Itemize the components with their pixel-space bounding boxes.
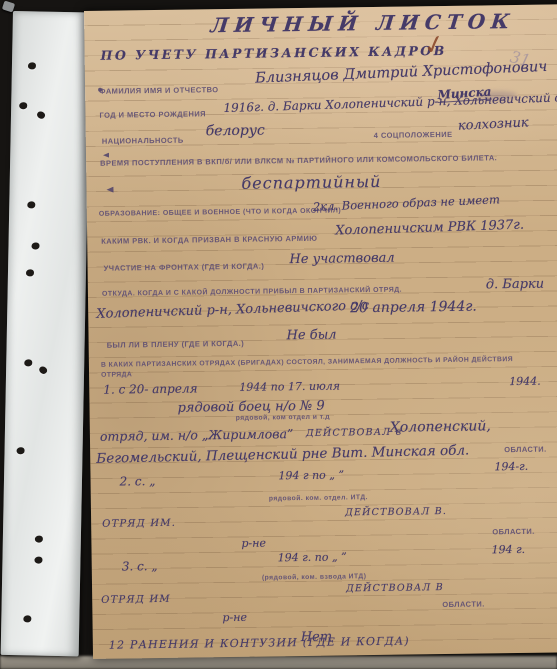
- party-value: беспартийный: [241, 172, 381, 193]
- birth-label: ГОД И МЕСТО РОЖДЕНИЯ: [99, 109, 206, 119]
- origin-value-line2: Холопеничский р-н, Хольневичского с/с: [96, 298, 369, 322]
- entry1-period-from: 1. с 20- апреля: [103, 381, 197, 396]
- birth-value: 1916г. д. Барки Холопеничский р-н, Хольн…: [223, 90, 557, 115]
- punch-hole: [24, 359, 32, 366]
- entry2-rne: р-не: [241, 537, 266, 550]
- scanned-document-photo: ЛИЧНЫЙ ЛИСТОК ПО УЧЕТУ ПАРТИЗАНСКИХ КАДР…: [0, 0, 557, 669]
- entry1-role-hint: рядовой, ком отдел и т.д: [236, 414, 330, 422]
- punch-hole: [23, 615, 31, 622]
- entry1-unit: отряд, им. н/о „Жиримлова”: [100, 426, 294, 444]
- punch-hole: [31, 242, 39, 249]
- entry1-oblast: ОБЛАСТИ.: [504, 445, 547, 455]
- punch-hole: [27, 201, 35, 208]
- entry2-otryad: ОТРЯД ИМ.: [102, 518, 176, 530]
- ink-mark: [106, 187, 113, 193]
- entry1-period-mid: 1944 по 17. июля: [239, 379, 340, 393]
- entry2-num: 2. с. „: [119, 474, 155, 488]
- entry3-year: 194 г.: [491, 543, 525, 556]
- ink-mark: [103, 153, 109, 158]
- nationality-label: НАЦИОНАЛЬНОСТЬ: [102, 136, 184, 146]
- entry2-acted: ДЕЙСТВОВАЛ В.: [345, 506, 447, 518]
- rvk-label: КАКИМ РВК. И КОГДА ПРИЗВАН В КРАСНУЮ АРМ…: [101, 234, 317, 246]
- social-label: 4 СОЦПОЛОЖЕНИЕ: [374, 130, 453, 140]
- fronts-value: Не участвовал: [289, 251, 394, 267]
- name-value: Близняцов Дмитрий Христофонович: [255, 59, 548, 87]
- fronts-label: УЧАСТИЕ НА ФРОНТАХ (ГДЕ И КОГДА.): [104, 262, 265, 273]
- entry2-mid: 194 г по „ ”: [278, 468, 344, 482]
- entry2-role-hint: рядовой. ком. отдел. ИТД.: [269, 494, 368, 502]
- entry3-role-hint: (рядовой, ком. взвода ИТД): [262, 573, 367, 581]
- nationality-value: белорус: [206, 122, 265, 139]
- entry3-oblast: ОБЛАСТИ.: [442, 599, 485, 609]
- social-value: колхозник: [458, 115, 529, 133]
- entry3-mid: 194 г. по „ ”: [278, 550, 347, 564]
- punch-hole: [26, 269, 34, 276]
- captivity-label: БЫЛ ЛИ В ПЛЕНУ (ГДЕ И КОГДА.): [107, 339, 245, 350]
- origin-value-date: 20 апреля 1944г.: [350, 299, 477, 317]
- punch-hole: [34, 557, 42, 564]
- entry3-acted: ДЕЙСТВОВАЛ В: [346, 582, 444, 594]
- entry1-period-year: 1944.: [509, 375, 541, 388]
- form-sheet: ЛИЧНЫЙ ЛИСТОК ПО УЧЕТУ ПАРТИЗАНСКИХ КАДР…: [84, 4, 557, 659]
- party-label: ВРЕМЯ ПОСТУПЛЕНИЯ В ВКП/б/ ИЛИ ВЛКСМ № П…: [100, 153, 497, 168]
- punch-hole: [38, 365, 49, 376]
- units-header-line2: ОТРЯДА: [101, 371, 132, 378]
- punch-hole: [35, 536, 43, 543]
- wounds-value: Нет: [301, 630, 333, 645]
- binding-strip: [1, 11, 91, 656]
- entry2-oblast: ОБЛАСТИ.: [492, 527, 535, 537]
- origin-label: ОТКУДА. КОГДА И С КАКОЙ ДОЛЖНОСТИ ПРИБЫЛ…: [102, 287, 402, 298]
- punch-hole: [16, 447, 24, 454]
- rvk-value: Холопеничским РВК 1937г.: [335, 218, 524, 239]
- page-title: ЛИЧНЫЙ ЛИСТОК: [209, 9, 516, 37]
- entry1-region2: Бегомельский, Плещенский рне Вит. Минска…: [96, 442, 469, 466]
- entry2-year: 194-г.: [494, 460, 528, 473]
- entry3-otryad: ОТРЯД ИМ: [101, 594, 171, 606]
- page-subtitle: ПО УЧЕТУ ПАРТИЗАНСКИХ КАДРОВ: [101, 43, 447, 63]
- education-value: 2кл. Военного образ не имеет: [313, 192, 500, 213]
- origin-value-line1: д. Барки: [486, 277, 544, 293]
- units-header-line1: В КАКИХ ПАРТИЗАНСКИХ ОТРЯДАХ (БРИГАДАХ) …: [101, 356, 513, 369]
- entry1-acted: ДЕЙСТВОВАЛ в: [306, 427, 403, 439]
- entry3-num: 3. с. „: [122, 559, 158, 573]
- entry3-rne: р-не: [222, 611, 247, 624]
- punch-hole: [28, 62, 36, 69]
- captivity-value: Не был: [286, 328, 336, 344]
- punch-hole: [19, 102, 27, 109]
- entry1-region1: Холопенский,: [390, 418, 491, 435]
- punch-hole: [36, 110, 46, 120]
- table-edge: [0, 656, 557, 669]
- wounds-label: 12 РАНЕНИЯ И КОНТУЗИИ (ГДЕ И КОГДА): [109, 635, 410, 652]
- education-label: ОБРАЗОВАНИЕ: ОБЩЕЕ И ВОЕННОЕ (ЧТО И КОГД…: [99, 207, 341, 217]
- name-label: ФАМИЛИЯ ИМЯ И ОТЧЕСТВО: [99, 85, 219, 96]
